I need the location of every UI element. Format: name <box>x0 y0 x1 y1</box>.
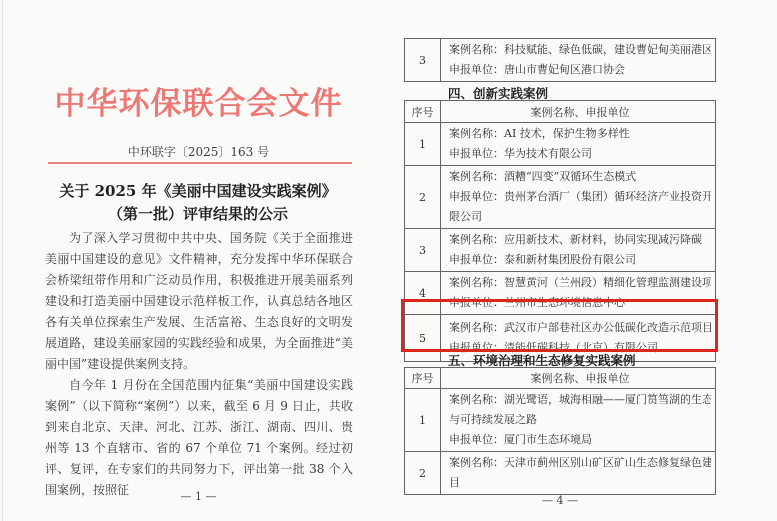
case-name: 案例名称：AI 技术，保护生物多样性 <box>449 124 711 144</box>
paragraph-2: 自今年 1 月份在全国范围内征集“美丽中国建设实践案例”（以下简称“案例”）以来… <box>45 375 353 501</box>
row-seq: 1 <box>405 123 441 166</box>
table-row: 3 案例名称：科技赋能、绿色低碳，建设曹妃甸美丽港区 申报单位：唐山市曹妃甸区港… <box>405 39 716 82</box>
applicant: 申报单位：泰和新材集团股份有限公司 <box>449 250 711 270</box>
doc-title: 关于 2025 年《美丽中国建设实践案例》 （第一批）评审结果的公示 <box>38 180 358 226</box>
case-name-cont: 目 <box>449 473 711 493</box>
table-row: 2 案例名称：酒糟“四变”双循环生态模式 申报单位：贵州茅台酒厂（集团）循环经济… <box>405 166 716 229</box>
row-content: 案例名称：AI 技术，保护生物多样性 申报单位：华为技术有限公司 <box>441 123 716 166</box>
row-content: 案例名称：湖光鹭语，城海相融——厦门筼筜湖的生态修复 与可持续发展之路 申报单位… <box>441 389 716 452</box>
row-content: 案例名称：应用新技术、新材料，协同实现减污降碳 申报单位：泰和新材集团股份有限公… <box>441 229 716 272</box>
body-text: 为了深入学习贯彻中共中央、国务院《关于全面推进美丽中国建设的意见》文件精神，充分… <box>45 228 353 501</box>
col-header-main: 案例名称、申报单位 <box>441 101 716 123</box>
row-seq: 1 <box>405 389 441 452</box>
case-name: 案例名称：天津市蓟州区别山矿区矿山生态修复绿色建造项 <box>449 453 711 473</box>
applicant: 申报单位：唐山市曹妃甸区港口协会 <box>449 60 711 80</box>
doc-title-line2: （第一批）评审结果的公示 <box>38 203 358 226</box>
case-name-cont: 与可持续发展之路 <box>449 410 711 430</box>
applicant: 申报单位：厦门市生态环境局 <box>449 430 711 450</box>
doc-title-line1: 关于 2025 年《美丽中国建设实践案例》 <box>38 180 358 203</box>
case-name: 案例名称：科技赋能、绿色低碳，建设曹妃甸美丽港区 <box>449 40 711 60</box>
applicant-cont: 限公司 <box>449 207 711 227</box>
case-name: 案例名称：酒糟“四变”双循环生态模式 <box>449 167 711 187</box>
table-row: 3 案例名称：应用新技术、新材料，协同实现减污降碳 申报单位：泰和新材集团股份有… <box>405 229 716 272</box>
page-1: 中华环保联合会文件 中环联字〔2025〕163 号 关于 2025 年《美丽中国… <box>0 0 387 521</box>
applicant: 申报单位：华为技术有限公司 <box>449 144 711 164</box>
row-seq: 2 <box>405 452 441 495</box>
page-number-right: — 4 — <box>404 494 716 507</box>
table-header-row: 序号 案例名称、申报单位 <box>405 368 716 389</box>
col-header-seq: 序号 <box>405 101 441 123</box>
case-name: 案例名称：应用新技术、新材料，协同实现减污降碳 <box>449 230 711 250</box>
red-divider <box>48 162 352 164</box>
case-name: 案例名称：湖光鹭语，城海相融——厦门筼筜湖的生态修复 <box>449 390 711 410</box>
row-content: 案例名称：科技赋能、绿色低碳，建设曹妃甸美丽港区 申报单位：唐山市曹妃甸区港口协… <box>441 39 716 82</box>
case-name: 案例名称：智慧黄河（兰州段）精细化管理监测建设项目 <box>449 273 711 293</box>
doc-number: 中环联字〔2025〕163 号 <box>45 143 352 160</box>
table-row: 2 案例名称：天津市蓟州区别山矿区矿山生态修复绿色建造项 目 <box>405 452 716 495</box>
col-header-main: 案例名称、申报单位 <box>441 368 716 389</box>
org-title: 中华环保联合会文件 <box>45 78 352 123</box>
applicant: 申报单位：贵州茅台酒厂（集团）循环经济产业投资开发有 <box>449 187 711 207</box>
page-4: 3 案例名称：科技赋能、绿色低碳，建设曹妃甸美丽港区 申报单位：唐山市曹妃甸区港… <box>387 0 777 521</box>
col-header-seq: 序号 <box>405 368 441 389</box>
row-content: 案例名称：酒糟“四变”双循环生态模式 申报单位：贵州茅台酒厂（集团）循环经济产业… <box>441 166 716 229</box>
table-row: 1 案例名称：湖光鹭语，城海相融——厦门筼筜湖的生态修复 与可持续发展之路 申报… <box>405 389 716 452</box>
row-seq: 3 <box>405 39 441 82</box>
highlight-box <box>401 299 718 352</box>
page-number-left: — 1 — <box>45 490 352 503</box>
table-row: 1 案例名称：AI 技术，保护生物多样性 申报单位：华为技术有限公司 <box>405 123 716 166</box>
restoration-cases-table: 序号 案例名称、申报单位 1 案例名称：湖光鹭语，城海相融——厦门筼筜湖的生态修… <box>404 367 716 495</box>
row-content: 案例名称：天津市蓟州区别山矿区矿山生态修复绿色建造项 目 <box>441 452 716 495</box>
carryover-table: 3 案例名称：科技赋能、绿色低碳，建设曹妃甸美丽港区 申报单位：唐山市曹妃甸区港… <box>404 38 716 82</box>
table-header-row: 序号 案例名称、申报单位 <box>405 101 716 123</box>
paragraph-1: 为了深入学习贯彻中共中央、国务院《关于全面推进美丽中国建设的意见》文件精神，充分… <box>45 228 353 375</box>
row-seq: 3 <box>405 229 441 272</box>
row-seq: 2 <box>405 166 441 229</box>
